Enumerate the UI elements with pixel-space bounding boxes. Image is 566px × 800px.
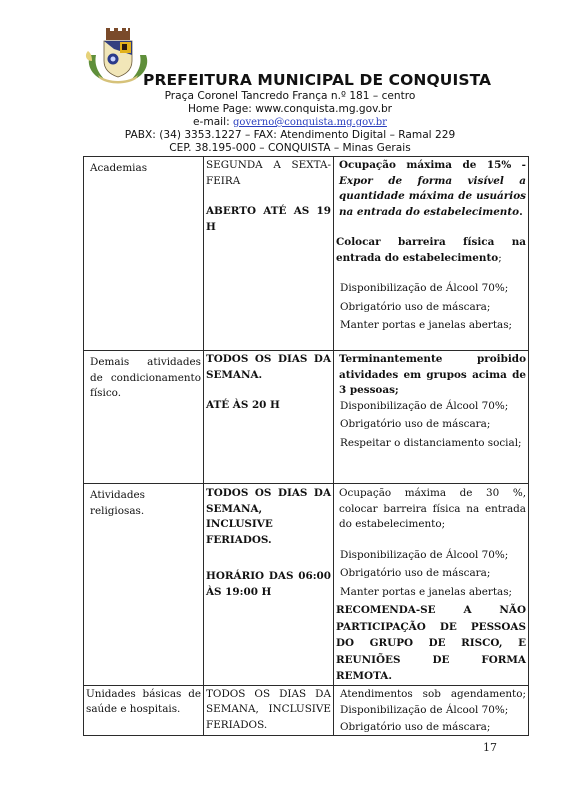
document-page: PREFEITURA MUNICIPAL DE CONQUISTA Praça … (0, 0, 566, 800)
schedule-hours: HORÁRIO DAS 06:00 ÀS 19:00 H (206, 569, 331, 600)
rule-item: Manter portas e janelas abertas; (336, 585, 526, 601)
table-row: Unidades básicas de saúde e hospitais. T… (84, 685, 529, 736)
schedule-cell: SEGUNDA A SEXTA- FEIRA ABERTO ATÉ AS 19 … (204, 157, 334, 351)
municipal-crest-icon (84, 25, 152, 85)
rule-item: Disponibilização de Álcool 70%; (336, 281, 526, 297)
schedule-cell: TODOS OS DIAS DA SEMANA. ATÉ ÀS 20 H (204, 351, 334, 484)
rule-item: Obrigatório uso de máscara; (336, 720, 526, 736)
rule-display-capacity: Expor de forma visível a quantidade máxi… (339, 175, 526, 218)
rule-item: Obrigatório uso de máscara; (336, 566, 526, 582)
activity-cell: Demais atividades de condicionamento fís… (84, 351, 204, 484)
rules-cell: Terminantemente proibido atividades em g… (334, 351, 529, 484)
table-row: Demais atividades de condicionamento fís… (84, 351, 529, 484)
rule-group-limit: Terminantemente proibido atividades em g… (336, 352, 526, 399)
page-number: 17 (483, 741, 497, 754)
rule-recommendation: RECOMENDA-SE A NÃO PARTICIPAÇÃO DE PESSO… (336, 602, 526, 685)
rule-capacity: Ocupação máxima de 30 %, colocar barreir… (336, 486, 526, 533)
punctuation: . (519, 206, 523, 218)
rules-cell: Atendimentos sob agendamento; Disponibil… (334, 685, 529, 736)
activity-cell: Unidades básicas de saúde e hospitais. (84, 685, 204, 736)
header-address: Praça Coronel Tancredo França n.º 181 – … (100, 90, 480, 103)
header-phones: PABX: (34) 3353.1227 – FAX: Atendimento … (100, 129, 480, 142)
activity-name: Unidades básicas de saúde e hospitais. (86, 687, 201, 718)
page-title: PREFEITURA MUNICIPAL DE CONQUISTA (143, 71, 491, 89)
rules-cell: Ocupação máxima de 30 %, colocar barreir… (334, 484, 529, 686)
activity-name: Demais atividades de condicionamento fís… (86, 355, 201, 402)
rule-item: Obrigatório uso de máscara; (336, 300, 526, 316)
schedule-hours: ABERTO ATÉ AS 19 H (206, 204, 331, 235)
schedule-text: TODOS OS DIAS DA SEMANA, INCLUSIVE FERIA… (206, 687, 331, 734)
email-link[interactable]: governo@conquista.mg.gov.br (233, 117, 387, 128)
rule-item: Manter portas e janelas abertas; (336, 318, 526, 334)
schedule-cell: TODOS OS DIAS DA SEMANA, INCLUSIVE FERIA… (204, 484, 334, 686)
schedule-text: SEGUNDA A SEXTA- (206, 158, 331, 174)
rule-item: Atendimentos sob agendamento; (336, 687, 526, 703)
activity-name: Academias (86, 161, 201, 177)
activity-cell: Atividades religiosas. (84, 484, 204, 686)
activity-cell: Academias (84, 157, 204, 351)
punctuation: ; (498, 252, 502, 264)
table-row: Atividades religiosas. TODOS OS DIAS DA … (84, 484, 529, 686)
rules-cell: Ocupação máxima de 15% - Expor de forma … (334, 157, 529, 351)
table-row: Academias SEGUNDA A SEXTA- FEIRA ABERTO … (84, 157, 529, 351)
schedule-text: FEIRA (206, 174, 331, 190)
header-homepage: Home Page: www.conquista.mg.gov.br (100, 103, 480, 116)
rule-item: Obrigatório uso de máscara; (336, 417, 526, 433)
header-cep: CEP. 38.195-000 – CONQUISTA – Minas Gera… (100, 142, 480, 155)
schedule-text: TODOS OS DIAS DA SEMANA, INCLUSIVE FERIA… (206, 486, 331, 548)
header-email: e-mail: governo@conquista.mg.gov.br (100, 116, 480, 129)
schedule-hours: ATÉ ÀS 20 H (206, 398, 331, 414)
rule-capacity: Ocupação máxima de 15% - (339, 159, 526, 171)
email-label: e-mail: (193, 116, 233, 128)
activity-name: Atividades religiosas. (86, 488, 201, 519)
schedule-text: TODOS OS DIAS DA SEMANA. (206, 352, 331, 383)
rule-item: Respeitar o distanciamento social; (336, 436, 526, 452)
rule-item: Disponibilização de Álcool 70%; (336, 399, 526, 415)
rules-table: Academias SEGUNDA A SEXTA- FEIRA ABERTO … (83, 156, 529, 736)
rule-item: Disponibilização de Álcool 70%; (336, 703, 526, 719)
rule-item: Disponibilização de Álcool 70%; (336, 548, 526, 564)
schedule-cell: TODOS OS DIAS DA SEMANA, INCLUSIVE FERIA… (204, 685, 334, 736)
